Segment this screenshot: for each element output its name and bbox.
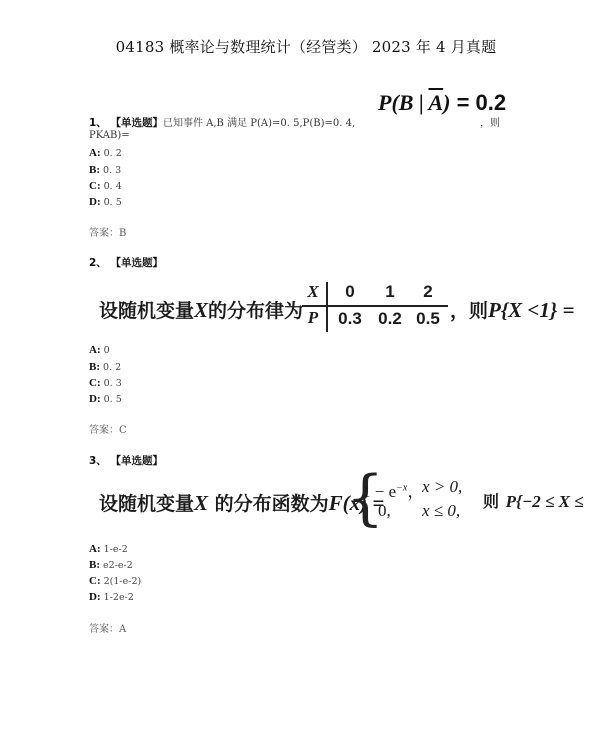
question-3-header: 3、 【单选题】: [89, 453, 163, 468]
option-value: e2-e-2: [103, 560, 133, 571]
option-key: C:: [89, 180, 101, 192]
stem-text: 的分布函数为: [215, 493, 329, 515]
option-c: C: 2(1-e-2): [89, 575, 141, 587]
question-2-header: 2、 【单选题】: [89, 255, 163, 270]
stem-text: 则: [483, 492, 499, 511]
option-value: 0. 5: [104, 394, 122, 405]
option-key: B:: [89, 164, 100, 176]
formula-complement-a: A: [428, 90, 443, 115]
option-key: C:: [89, 377, 101, 389]
option-value: 1-e-2: [104, 544, 128, 555]
option-b: B: 0. 2: [89, 361, 121, 373]
question-number: 2、: [89, 257, 107, 269]
question-2-image-stem: 设随机变量X的分布律为: [99, 296, 303, 323]
question-number: 1、: [89, 117, 107, 129]
question-2-image-suffix: ，则P{X <1} =: [450, 296, 574, 323]
option-key: A:: [89, 147, 101, 159]
x-value: 2: [410, 282, 446, 302]
table-divider-vertical: [326, 282, 328, 332]
formula-value: = 0.2: [450, 90, 506, 115]
answer-2: 答案：C: [89, 421, 127, 436]
option-value: 0. 5: [104, 197, 122, 208]
p-value: 0.5: [410, 309, 446, 329]
p-value: 0.2: [372, 309, 408, 329]
page-title: 04183 概率论与数理统计（经管类） 2023 年 4 月真题: [0, 36, 612, 57]
case-exponent: −x: [396, 482, 407, 493]
question-stem: 已知事件 A,B 满足 P(A)=0. 5,P(B)=0. 4,: [163, 118, 355, 129]
stem-text: 的分布律为: [208, 300, 303, 322]
option-value: 2(1-e-2): [104, 576, 142, 587]
stem-text: ，则: [450, 300, 488, 322]
option-value: 0. 2: [103, 362, 121, 373]
answer-3: 答案：A: [89, 620, 126, 635]
case-1-expr: 1 − e−x，: [362, 477, 424, 502]
option-d: D: 0. 5: [89, 196, 122, 208]
row-label-p: P: [302, 308, 324, 328]
row-label-x: X: [302, 282, 324, 302]
formula-image-conditional-probability: P(B | A) = 0.2: [378, 90, 506, 116]
stem-var: X: [194, 491, 208, 515]
case-2-expr: 0,: [378, 501, 391, 521]
case-2-cond: x ≤ 0,: [422, 501, 460, 521]
option-key: B:: [89, 361, 100, 373]
option-value: 1-2e-2: [104, 592, 134, 603]
option-value: 0. 4: [104, 181, 122, 192]
answer-1: 答案：B: [89, 224, 126, 239]
option-b: B: 0. 3: [89, 164, 121, 176]
case-expr: 1 − e: [362, 482, 396, 501]
question-type: 【单选题】: [110, 257, 163, 269]
p-value: 0.3: [332, 309, 368, 329]
question-stem-tail: ，则: [480, 114, 500, 129]
option-b: B: e2-e-2: [89, 559, 133, 571]
question-stem-line2: PKAB)=: [89, 130, 130, 141]
question-type: 【单选题】: [110, 117, 163, 129]
option-c: C: 0. 4: [89, 180, 122, 192]
x-value: 1: [372, 282, 408, 302]
table-divider-horizontal: [302, 305, 448, 307]
option-key: D:: [89, 591, 101, 603]
stem-text: 设随机变量: [99, 493, 194, 515]
stem-var: X: [194, 298, 208, 322]
option-key: A:: [89, 344, 101, 356]
option-value: 0. 3: [103, 165, 121, 176]
option-a: A: 1-e-2: [89, 543, 128, 555]
option-a: A: 0. 2: [89, 147, 122, 159]
option-a: A: 0: [89, 344, 110, 356]
option-d: D: 1-2e-2: [89, 591, 134, 603]
option-value: 0. 2: [104, 148, 122, 159]
question-1-header: 1、 【单选题】已知事件 A,B 满足 P(A)=0. 5,P(B)=0. 4,: [89, 114, 355, 130]
x-value: 0: [332, 282, 368, 302]
option-value: 0: [104, 345, 110, 356]
option-c: C: 0. 3: [89, 377, 122, 389]
option-d: D: 0. 5: [89, 393, 122, 405]
option-key: D:: [89, 196, 101, 208]
option-key: B:: [89, 559, 100, 571]
question-type: 【单选题】: [110, 455, 163, 467]
question-3-image-stem: 设随机变量X 的分布函数为F(x) =: [99, 489, 384, 516]
case-1-cond: x > 0,: [422, 477, 462, 497]
option-key: C:: [89, 575, 101, 587]
option-value: 0. 3: [104, 378, 122, 389]
option-key: D:: [89, 393, 101, 405]
option-key: A:: [89, 543, 101, 555]
formula-lhs: P(B |: [378, 90, 428, 115]
stem-math: P{X <1} =: [488, 298, 574, 322]
stem-math: P{−2 ≤ X ≤: [506, 492, 584, 511]
exam-page: 04183 概率论与数理统计（经管类） 2023 年 4 月真题 1、 【单选题…: [0, 0, 612, 732]
stem-text: 设随机变量: [99, 300, 194, 322]
distribution-table: X P 0 1 2 0.3 0.2 0.5: [302, 282, 448, 332]
question-3-image-suffix: 则 P{−2 ≤ X ≤: [483, 489, 584, 512]
question-number: 3、: [89, 455, 107, 467]
